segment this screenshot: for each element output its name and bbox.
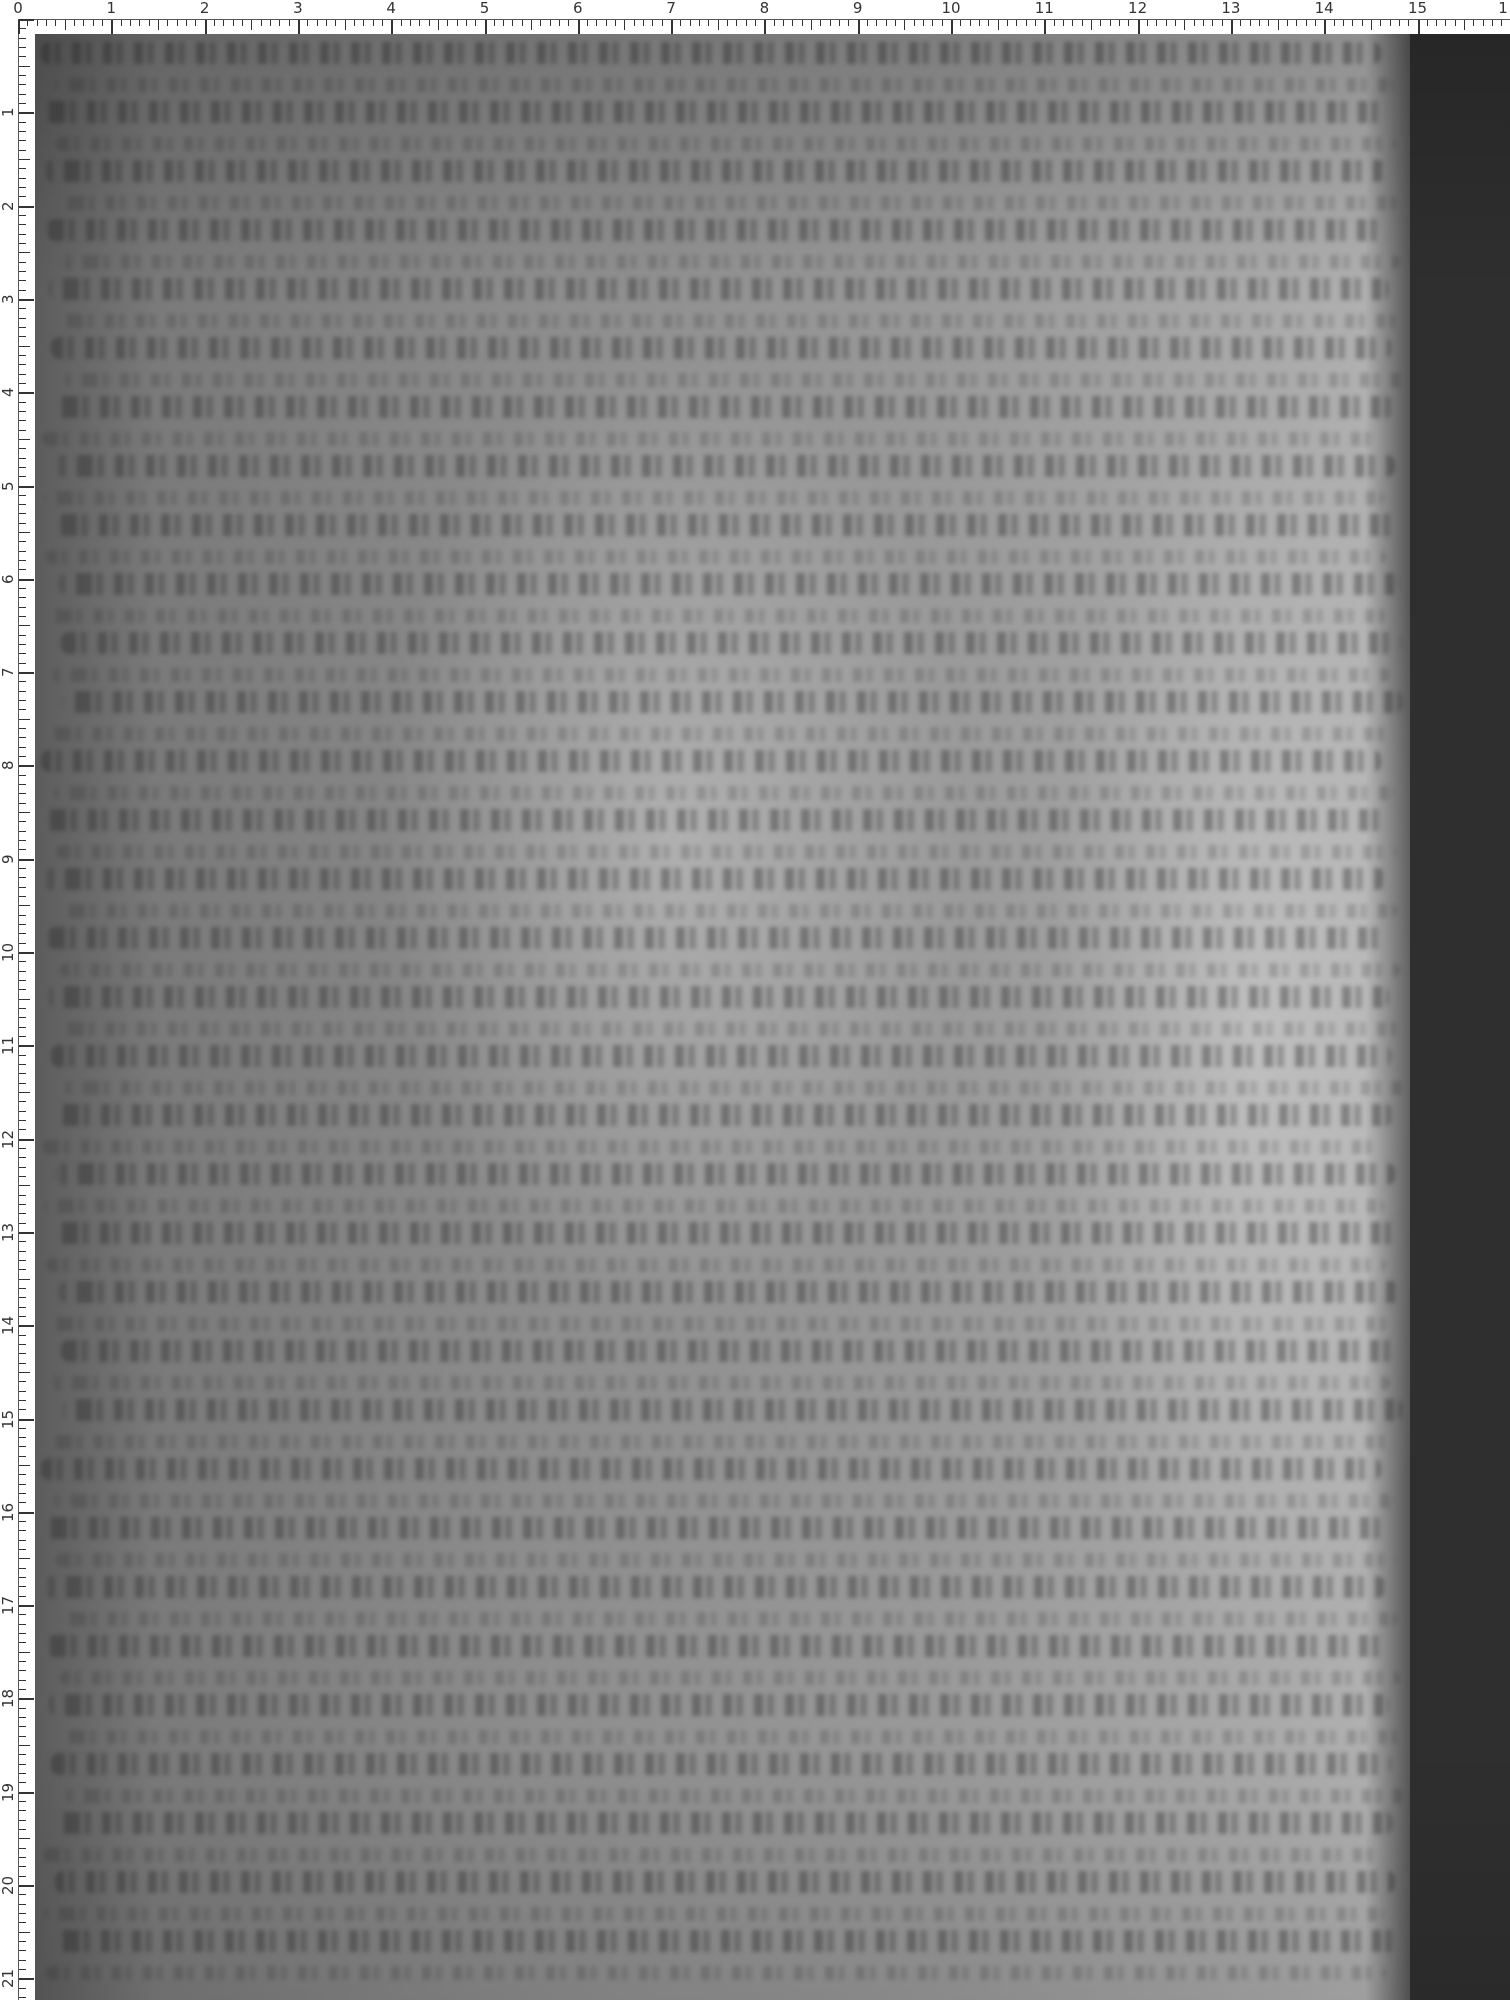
ruler-tick (1222, 20, 1223, 26)
ruler-tick (19, 215, 26, 216)
ruler-tick (19, 1698, 34, 1700)
ruler-tick (19, 849, 26, 850)
ruler-tick (19, 224, 26, 225)
ruler-tick (466, 20, 467, 26)
ruler-tick (1231, 20, 1233, 34)
ruler-tick (19, 1437, 26, 1438)
ruler-tick (19, 877, 26, 878)
ruler-tick (19, 243, 26, 244)
ruler-tick (19, 999, 30, 1000)
ruler-tick (19, 1764, 26, 1765)
ruler-label: 12 (0, 1130, 16, 1149)
ruler-tick (503, 20, 504, 26)
ruler-tick (19, 140, 26, 141)
ruler-tick (19, 336, 26, 337)
ruler-tick (19, 625, 30, 626)
ruler-tick (326, 20, 327, 26)
ruler-tick (242, 20, 243, 26)
ruler-tick (1268, 20, 1269, 26)
ruler-tick (960, 20, 961, 26)
ruler-tick (1380, 20, 1381, 26)
ruler-tick (624, 20, 625, 30)
ruler-tick (19, 327, 26, 328)
ruler-tick (167, 20, 168, 26)
ruler-tick (19, 430, 26, 431)
ruler-tick (876, 20, 877, 26)
ruler-label: 10 (0, 943, 16, 962)
ruler-tick (19, 588, 26, 589)
ruler-tick (223, 20, 224, 26)
ruler-tick (19, 1801, 26, 1802)
ruler-tick (19, 1932, 30, 1933)
ruler-tick (19, 94, 26, 95)
ruler-tick (279, 20, 280, 26)
ruler-tick (19, 476, 26, 477)
ruler-tick (774, 20, 775, 26)
ruler-tick (19, 1092, 30, 1093)
ruler-tick (19, 1670, 26, 1671)
ruler-tick (19, 859, 34, 861)
ruler-tick (19, 1251, 26, 1252)
ruler-tick (1352, 20, 1353, 26)
ruler-tick (19, 122, 26, 123)
ruler-tick (19, 280, 26, 281)
ruler-tick (19, 775, 26, 776)
ruler-tick (19, 1484, 26, 1485)
ruler-tick (811, 20, 812, 30)
ruler-tick (19, 1185, 30, 1186)
ruler-tick (19, 513, 26, 514)
vertical-ruler-baseline (18, 19, 19, 2000)
ruler-tick (1203, 20, 1204, 26)
ruler-tick (363, 20, 364, 26)
ruler-tick (19, 1428, 26, 1429)
ruler-tick (1072, 20, 1073, 26)
ruler-label: 6 (573, 0, 583, 16)
ruler-tick (19, 1493, 26, 1494)
ruler-tick (19, 420, 26, 421)
ruler-tick (1418, 20, 1420, 34)
ruler-tick (1119, 20, 1120, 26)
ruler-tick (74, 20, 75, 26)
ruler-tick (746, 20, 747, 26)
ruler-tick (19, 635, 26, 636)
ruler-tick (1492, 20, 1493, 26)
ruler-tick (671, 20, 673, 34)
ruler-tick (19, 1857, 26, 1858)
ruler-tick (19, 252, 30, 253)
ruler-tick (19, 1876, 26, 1877)
ruler-tick (233, 20, 234, 26)
ruler-tick (19, 1885, 34, 1887)
ruler-label: 15 (1408, 0, 1427, 16)
ruler-tick (1035, 20, 1036, 26)
ruler-tick (19, 1139, 34, 1141)
ruler-tick (19, 1017, 26, 1018)
ruler-tick (914, 20, 915, 26)
ruler-tick (19, 1960, 26, 1961)
ruler-tick (19, 756, 26, 757)
ruler-tick (19, 961, 26, 962)
ruler-tick (19, 1148, 26, 1149)
ruler-tick (19, 1260, 26, 1261)
ruler-tick (19, 28, 26, 29)
ruler-tick (19, 1988, 26, 1989)
ruler-tick (19, 168, 26, 169)
ruler-tick (354, 20, 355, 26)
ruler-tick (205, 20, 207, 34)
ruler-tick (19, 1614, 26, 1615)
ruler-tick (19, 56, 26, 57)
ruler-tick (373, 20, 374, 26)
ruler-label: 1 (0, 108, 16, 118)
ruler-tick (391, 20, 393, 34)
ruler-tick (1250, 20, 1251, 26)
ruler-tick (19, 467, 26, 468)
ruler-tick (1259, 20, 1260, 26)
ruler-tick (19, 747, 26, 748)
ruler-tick (19, 1064, 26, 1065)
ruler-tick (19, 887, 26, 888)
ruler-tick (699, 20, 700, 26)
ruler-tick (457, 20, 458, 26)
ruler-tick (261, 20, 262, 26)
ruler-tick (19, 47, 26, 48)
ruler-tick (410, 20, 411, 26)
ruler-tick (755, 20, 756, 26)
ruler-tick (19, 1055, 26, 1056)
ruler-tick (19, 1363, 26, 1364)
manuscript-scan (35, 34, 1510, 2000)
ruler-tick (559, 20, 560, 26)
ruler-tick (1063, 20, 1064, 26)
ruler-tick (270, 20, 271, 26)
ruler-tick (19, 75, 26, 76)
ruler-tick (19, 644, 26, 645)
ruler-tick (19, 1269, 26, 1270)
ruler-tick (1399, 20, 1400, 26)
ruler-tick (19, 196, 26, 197)
ruler-tick (522, 20, 523, 26)
ruler-tick (19, 178, 26, 179)
ruler-tick (19, 66, 30, 67)
ruler-tick (19, 1232, 34, 1234)
ruler-tick (19, 1195, 26, 1196)
ruler-tick (307, 20, 308, 26)
ruler-tick (1362, 20, 1363, 26)
ruler-tick (19, 271, 26, 272)
ruler-label: 4 (0, 388, 16, 398)
ruler-tick (19, 1680, 26, 1681)
ruler-tick (848, 20, 849, 26)
ruler-tick (1240, 20, 1241, 26)
ruler-tick (19, 709, 26, 710)
ruler-tick (19, 1335, 26, 1336)
ruler-tick (1100, 20, 1101, 26)
ruler-tick (19, 1167, 26, 1168)
ruler-tick (1054, 20, 1055, 26)
ruler-tick (19, 980, 26, 981)
ruler-tick (19, 1652, 30, 1653)
ruler-tick (214, 20, 215, 26)
ruler-tick (708, 20, 709, 26)
ruler-tick (19, 1708, 26, 1709)
ruler-tick (19, 486, 34, 488)
ruler-tick (19, 411, 26, 412)
ruler-tick (792, 20, 793, 26)
ruler-tick (19, 38, 26, 39)
ruler-tick (19, 1204, 26, 1205)
ruler-tick (429, 20, 430, 26)
ruler-tick (19, 803, 26, 804)
ruler-tick (19, 1372, 30, 1373)
ruler-tick (186, 20, 187, 26)
ruler-tick (19, 1465, 30, 1466)
ruler-tick (37, 20, 38, 26)
ruler-tick (1026, 20, 1027, 26)
ruler-label: 16 (0, 1503, 16, 1522)
ruler-tick (19, 532, 30, 533)
ruler-tick (895, 20, 896, 26)
ruler-label: 8 (760, 0, 770, 16)
ruler-label: 17 (0, 1596, 16, 1615)
ruler-tick (19, 1120, 26, 1121)
ruler-tick (93, 20, 94, 26)
ruler-label: 21 (0, 1969, 16, 1988)
ruler-tick (550, 20, 551, 26)
ruler-tick (19, 1866, 26, 1867)
ruler-tick (19, 19, 34, 21)
ruler-tick (19, 1568, 26, 1569)
ruler-tick (19, 1782, 26, 1783)
ruler-tick (19, 1521, 26, 1522)
ruler-tick (979, 20, 980, 26)
ruler-tick (19, 793, 26, 794)
ruler-tick (680, 20, 681, 26)
ruler-tick (1166, 20, 1167, 26)
ruler-tick (19, 1558, 30, 1559)
ruler-tick (1473, 20, 1474, 26)
ruler-tick (1007, 20, 1008, 26)
ruler-tick (1390, 20, 1391, 26)
ruler-tick (1194, 20, 1195, 26)
ruler-tick (19, 364, 26, 365)
ruler-tick (19, 1101, 26, 1102)
ruler-tick (19, 308, 26, 309)
ruler-tick (923, 20, 924, 26)
ruler-tick (19, 1810, 26, 1811)
ruler-tick (578, 20, 580, 34)
ruler-tick (19, 597, 26, 598)
ruler-tick (251, 20, 252, 30)
ruler-tick (19, 234, 26, 235)
ruler-label: 19 (0, 1783, 16, 1802)
ruler-tick (139, 20, 140, 26)
ruler-tick (19, 663, 26, 664)
ruler-tick (19, 915, 26, 916)
ruler-tick (820, 20, 821, 26)
ruler-tick (1278, 20, 1279, 30)
ruler-tick (19, 700, 26, 701)
ruler-tick (1306, 20, 1307, 26)
ruler-tick (951, 20, 953, 34)
ruler-tick (19, 952, 34, 954)
ruler-tick (19, 439, 30, 440)
ruler-tick (19, 159, 30, 160)
ruler-tick (970, 20, 971, 26)
ruler-tick (121, 20, 122, 26)
ruler-tick (19, 1922, 26, 1923)
ruler-tick (19, 1829, 26, 1830)
ruler-tick (19, 1456, 26, 1457)
ruler-tick (886, 20, 887, 26)
ruler-tick (19, 1241, 26, 1242)
ruler-tick (1016, 20, 1017, 26)
ruler-tick (19, 1111, 26, 1112)
ruler-tick (19, 943, 26, 944)
ruler-tick (158, 20, 159, 30)
ruler-tick (19, 392, 34, 394)
ruler-tick (19, 1288, 26, 1289)
ruler-tick (19, 150, 26, 151)
ruler-label: 6 (0, 574, 16, 584)
ruler-tick (19, 1073, 26, 1074)
ruler-label: 3 (0, 294, 16, 304)
ruler-tick (19, 737, 26, 738)
ruler-tick (19, 1530, 26, 1531)
ruler-label: 11 (1035, 0, 1054, 16)
ruler-tick (18, 20, 20, 34)
ruler-tick (652, 20, 653, 26)
ruler-tick (130, 20, 131, 26)
ruler-tick (19, 1512, 34, 1514)
ruler-tick (475, 20, 476, 26)
ruler-tick (102, 20, 103, 26)
ruler-tick (19, 681, 26, 682)
ruler-tick (19, 1502, 26, 1503)
ruler-label: 11 (0, 1036, 16, 1055)
ruler-tick (19, 1540, 26, 1541)
ruler-tick (1324, 20, 1326, 34)
ruler-tick (19, 1027, 26, 1028)
ruler-tick (615, 20, 616, 26)
ruler-tick (19, 1176, 26, 1177)
ruler-tick (419, 20, 420, 26)
ruler-tick (19, 1997, 26, 1998)
ruler-tick (1483, 20, 1484, 26)
ruler-label: 9 (0, 854, 16, 864)
ruler-label: 2 (0, 201, 16, 211)
ruler-tick (19, 1661, 26, 1662)
ruler-tick (19, 569, 26, 570)
ruler-label: 5 (480, 0, 490, 16)
ruler-tick (19, 653, 26, 654)
ruler-tick (19, 1820, 26, 1821)
ruler-tick (19, 1083, 26, 1084)
ruler-tick (19, 896, 26, 897)
ruler-tick (19, 1689, 26, 1690)
ruler-label: 5 (0, 481, 16, 491)
ruler-tick (19, 1754, 26, 1755)
ruler-label: 14 (1315, 0, 1334, 16)
ruler-tick (1091, 20, 1092, 30)
ruler-tick (19, 1297, 26, 1298)
ruler-tick (867, 20, 868, 26)
ruler-tick (1296, 20, 1297, 26)
ruler-tick (19, 728, 26, 729)
ruler-tick (19, 1325, 34, 1327)
ruler-tick (1334, 20, 1335, 26)
ruler-tick (1147, 20, 1148, 26)
ruler-tick (19, 1577, 26, 1578)
ruler-tick (19, 672, 34, 674)
ruler-tick (19, 448, 26, 449)
ruler-tick (1371, 20, 1372, 30)
ruler-tick (1138, 20, 1140, 34)
ruler-tick (727, 20, 728, 26)
ruler-tick (1184, 20, 1185, 30)
ruler-tick (19, 1353, 26, 1354)
ruler-tick (19, 1717, 26, 1718)
ruler-tick (19, 103, 26, 104)
ruler-tick (19, 318, 26, 319)
ruler-tick (19, 551, 26, 552)
ruler-tick (783, 20, 784, 26)
ruler-tick (19, 206, 34, 208)
ruler-tick (46, 20, 47, 26)
ruler-tick (19, 784, 26, 785)
ruler-tick (19, 989, 26, 990)
ruler-tick (1044, 20, 1046, 34)
ruler-tick (19, 1474, 26, 1475)
ruler-label: 20 (0, 1876, 16, 1895)
ruler-tick (401, 20, 402, 26)
ruler-tick (19, 1307, 26, 1308)
ruler-tick (19, 1223, 26, 1224)
ruler-tick (1175, 20, 1176, 26)
ruler-tick (19, 1279, 30, 1280)
ruler-tick (19, 1848, 26, 1849)
ruler-tick (19, 831, 26, 832)
ruler-tick (830, 20, 831, 26)
ruler-tick (19, 1969, 26, 1970)
ruler-tick (19, 1894, 26, 1895)
ruler-tick (540, 20, 541, 26)
ruler-tick (83, 20, 84, 26)
ruler-tick (19, 84, 26, 85)
ruler-tick (1110, 20, 1111, 26)
ruler-tick (19, 1745, 30, 1746)
ruler-label: 7 (666, 0, 676, 16)
ruler-tick (19, 541, 26, 542)
ruler-tick (298, 20, 300, 34)
ruler-tick (19, 1605, 34, 1607)
ruler-tick (65, 20, 66, 30)
ruler-label: 9 (853, 0, 863, 16)
ruler-tick (764, 20, 766, 34)
ruler-tick (19, 1549, 26, 1550)
ruler-tick (904, 20, 905, 30)
ruler-tick (568, 20, 569, 26)
ruler-tick (19, 1624, 26, 1625)
ruler-tick (19, 402, 26, 403)
ruler-tick (19, 1381, 26, 1382)
ruler-tick (1128, 20, 1129, 26)
ruler-tick (19, 523, 26, 524)
ruler-tick (19, 1446, 26, 1447)
ruler-tick (1082, 20, 1083, 26)
ruler-tick (19, 1045, 34, 1047)
